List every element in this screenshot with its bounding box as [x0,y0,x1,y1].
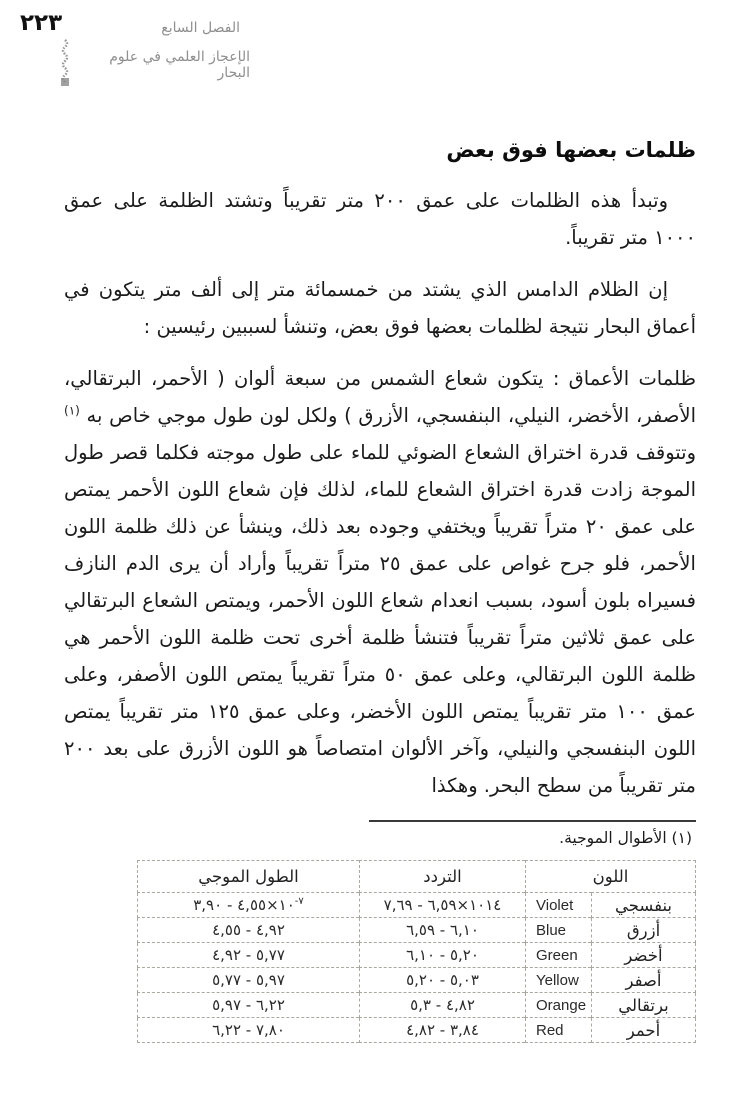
page-content: ظلمات بعضها فوق بعض وتبدأ هذه الظلمات عل… [64,138,696,1043]
footnote-text: (١) الأطوال الموجية. [64,829,696,847]
footnote-block: (١) الأطوال الموجية. [64,820,696,847]
frequency-cell: ٦,١٠ - ٦,٥٩ [360,918,526,943]
footnote-rule [369,820,696,822]
table-header-wavelength: الطول الموجي [138,861,360,893]
footnote-ref: (١) [64,404,80,418]
table-row-red: أحمر Red ٣,٨٤ - ٤,٨٢ ٧,٨٠ - ٦,٢٢ [138,1018,696,1043]
paragraph-depth-darkness: ظلمات الأعماق : يتكون شعاع الشمس من سبعة… [64,360,696,804]
color-ar-cell: برتقالي [592,993,696,1018]
page-number: ٢٢٣ [20,10,62,36]
frequency-cell: ٤,٨٢ - ٥,٣ [360,993,526,1018]
table-row-violet: بنفسجي Violet ١٠١٤×٦,٥٩ - ٧,٦٩ ٧-١٠×٤,٥٥… [138,893,696,918]
wavelength-value: ١٠×٤,٥٥ - ٣,٩٠ [193,896,295,914]
table-row-yellow: أصفر Yellow ٥,٠٣ - ٥,٢٠ ٥,٩٧ - ٥,٧٧ [138,968,696,993]
color-en-cell: Yellow [526,968,592,993]
color-ar-cell: أحمر [592,1018,696,1043]
wavelength-cell: ٤,٩٢ - ٤,٥٥ [138,918,360,943]
wavelength-cell: ٧,٨٠ - ٦,٢٢ [138,1018,360,1043]
paragraph-darkness-causes: إن الظلام الدامس الذي يشتد من خمسمائة مت… [64,271,696,345]
section-heading: ظلمات بعضها فوق بعض [64,138,696,162]
book-page: ٢٢٣ الفصل السابع الإعجاز العلمي في علوم … [0,0,744,1098]
color-en-cell: Green [526,943,592,968]
wavelength-table: اللون التردد الطول الموجي بنفسجي Violet … [137,860,696,1043]
wavelength-cell: ٧-١٠×٤,٥٥ - ٣,٩٠ [138,893,360,918]
paragraph-depth-darkness-text-2: وتتوقف قدرة اختراق الشعاع الضوئي للماء ع… [64,441,696,797]
table-row-green: أخضر Green ٥,٢٠ - ٦,١٠ ٥,٧٧ - ٤,٩٢ [138,943,696,968]
frequency-cell: ٥,٢٠ - ٦,١٠ [360,943,526,968]
table-row-orange: برتقالي Orange ٤,٨٢ - ٥,٣ ٦,٢٢ - ٥,٩٧ [138,993,696,1018]
color-en-cell: Violet [526,893,592,918]
book-title: الإعجاز العلمي في علوم البحار [80,49,250,81]
color-ar-cell: أزرق [592,918,696,943]
table-header-row: اللون التردد الطول الموجي [138,861,696,893]
table-header-color: اللون [526,861,696,893]
wavelength-exponent: ٧- [295,896,304,907]
wavelength-cell: ٦,٢٢ - ٥,٩٧ [138,993,360,1018]
color-ar-cell: بنفسجي [592,893,696,918]
wavelength-cell: ٥,٩٧ - ٥,٧٧ [138,968,360,993]
chapter-ornament-icon [58,38,72,88]
frequency-cell: ١٠١٤×٦,٥٩ - ٧,٦٩ [360,893,526,918]
frequency-cell: ٣,٨٤ - ٤,٨٢ [360,1018,526,1043]
color-ar-cell: أخضر [592,943,696,968]
color-en-cell: Red [526,1018,592,1043]
chapter-title: الفصل السابع [110,20,240,36]
table-header-frequency: التردد [360,861,526,893]
table-row-blue: أزرق Blue ٦,١٠ - ٦,٥٩ ٤,٩٢ - ٤,٥٥ [138,918,696,943]
paragraph-depth-darkness-text-1: ظلمات الأعماق : يتكون شعاع الشمس من سبعة… [64,367,696,427]
wavelength-cell: ٥,٧٧ - ٤,٩٢ [138,943,360,968]
frequency-cell: ٥,٠٣ - ٥,٢٠ [360,968,526,993]
paragraph-intro: وتبدأ هذه الظلمات على عمق ٢٠٠ متر تقريبا… [64,182,696,256]
color-en-cell: Blue [526,918,592,943]
color-en-cell: Orange [526,993,592,1018]
color-ar-cell: أصفر [592,968,696,993]
